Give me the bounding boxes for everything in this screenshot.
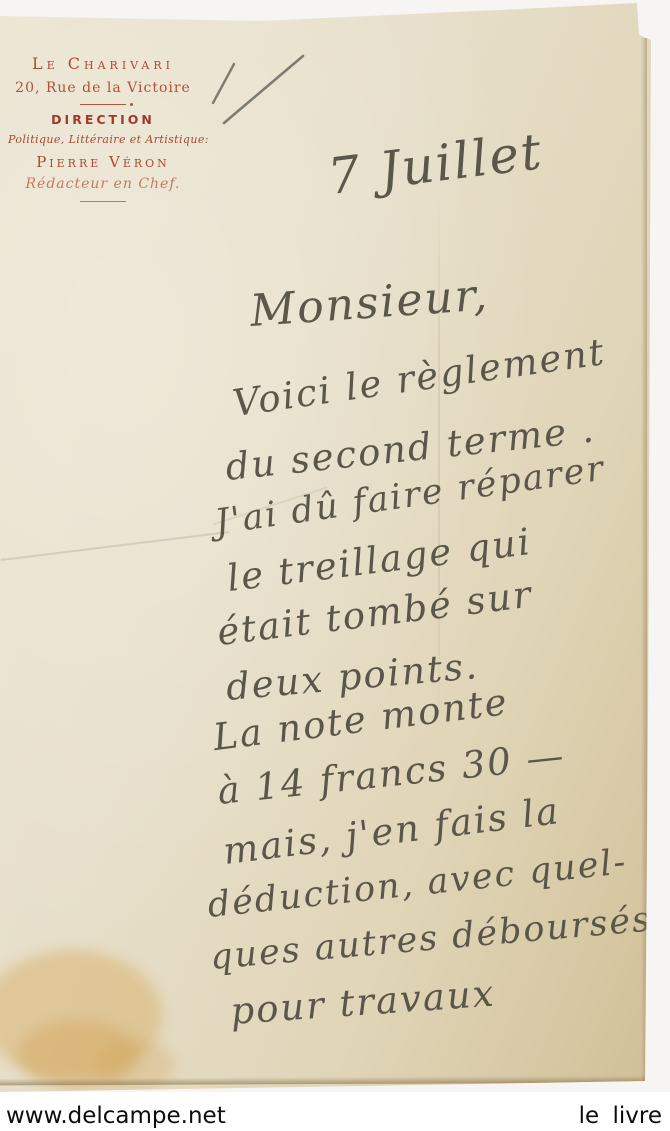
paper-crease bbox=[1, 531, 230, 561]
letterhead-director-role: Rédacteur en Chef. bbox=[8, 176, 198, 192]
scanned-letter-photo: Le Charivari 20, Rue de la Victoire DIRE… bbox=[0, 0, 670, 1131]
paper-edge-shadow bbox=[641, 38, 647, 1082]
handwritten-date: 7 Juillet bbox=[325, 122, 546, 206]
handwritten-salutation: Monsieur, bbox=[248, 269, 490, 337]
letter-paper: Le Charivari 20, Rue de la Victoire DIRE… bbox=[0, 0, 670, 1131]
letterhead-divider bbox=[80, 201, 126, 202]
handwritten-line: pour travaux bbox=[229, 972, 497, 1033]
letterhead-director-name: Pierre Véron bbox=[8, 153, 198, 171]
watermark-label: le livre bbox=[579, 1103, 662, 1129]
watermark-bar: www.delcampe.net le livre bbox=[0, 1092, 670, 1131]
paper-edge-shadow bbox=[0, 1076, 646, 1086]
pencil-mark bbox=[0, 0, 320, 150]
watermark-site: www.delcampe.net bbox=[6, 1103, 226, 1129]
